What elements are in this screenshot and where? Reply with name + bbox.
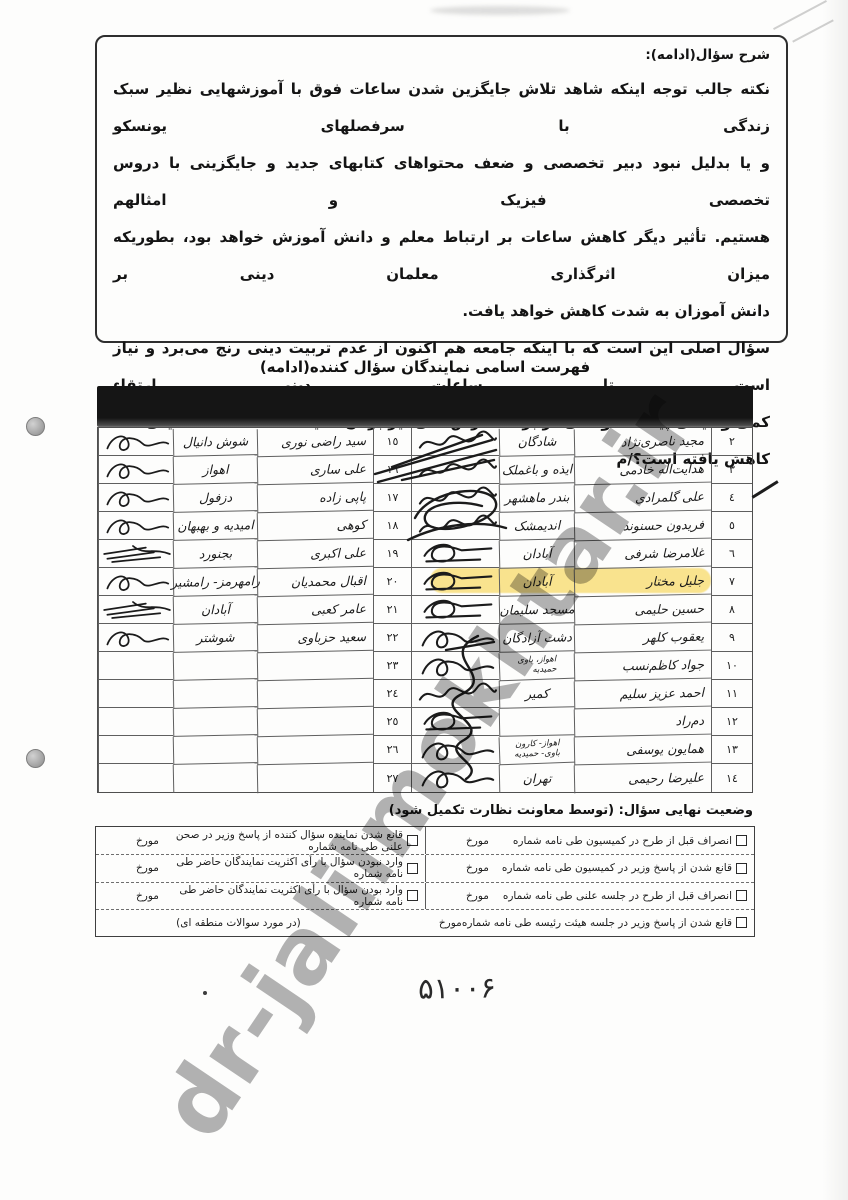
status-option-label: انصراف قبل از طرح در کمیسیون طی نامه شما… — [513, 835, 732, 847]
signature-cell-left — [98, 764, 173, 792]
signature-cell-right — [411, 708, 499, 736]
signature-cell-left — [98, 568, 173, 596]
row-number-right: ٢ — [711, 428, 752, 456]
mp-constituency-right: آبادان — [499, 567, 575, 597]
signature-scribble — [101, 457, 173, 483]
regional-questions-note: (در مورد سوالات منطقه ای) — [108, 917, 369, 929]
dated-label: مورخ — [466, 835, 489, 847]
signature-cell-left — [98, 484, 173, 512]
status-option-label: انصراف قبل از طرح در جلسه علنی طی نامه ش… — [503, 890, 732, 902]
status-option-cell: وارد نبودن سؤال با رأی اکثریت نمایندگان … — [96, 855, 425, 881]
question-line: هستیم. تأثیر دیگر کاهش ساعات بر ارتباط م… — [113, 219, 770, 293]
signature-cell-right — [411, 624, 499, 652]
mp-constituency-right: شادگان — [499, 427, 575, 457]
status-option-label: قانع شدن از پاسخ وزیر در کمیسیون طی نامه… — [502, 862, 732, 874]
status-option-label: قانع شدن از پاسخ وزیر در جلسه هیئت رئیسه… — [462, 917, 732, 929]
mp-name-left: علی ساری — [257, 455, 374, 485]
table-row: ١٤ علیرضا رحیمی تهران ٢٧ — [98, 764, 752, 792]
mp-constituency-right: تهران — [499, 763, 575, 793]
signature-cell-left — [98, 652, 173, 680]
mp-constituency-left: آبادان — [173, 595, 258, 625]
table-row: ٣ هدایت‌اله خادمی ایذه و باغملک ١٦ علی س… — [98, 456, 752, 484]
redacted-header-band — [97, 386, 753, 427]
status-checkbox[interactable] — [736, 863, 747, 874]
dated-label: مورخ — [136, 890, 159, 902]
table-row: ١٣ همایون یوسفی اهواز- کارون باوی- حمیدی… — [98, 736, 752, 764]
table-row: ٢ مجید ناصری‌نژاد شادگان ١٥ سید راضی نور… — [98, 428, 752, 456]
mp-name-left: کوهی — [257, 511, 374, 541]
mp-constituency-right: اهواز- کارون باوی- حمیدیه — [499, 735, 575, 766]
table-row: ١٠ جواد کاظم‌نسب اهواز، باوی حمیدیه ٢٣ — [98, 652, 752, 680]
status-row: انصراف قبل از طرح در جلسه علنی طی نامه ش… — [96, 882, 754, 909]
signature-scribble — [101, 485, 173, 511]
status-checkbox[interactable] — [736, 890, 747, 901]
row-number-left: ٢٠ — [373, 568, 411, 596]
row-number-right: ٧ — [711, 568, 752, 596]
signature-cell-right — [411, 764, 499, 792]
signature-scribble — [415, 597, 499, 623]
signature-cell-right — [411, 456, 499, 484]
row-number-right: ١١ — [711, 680, 752, 708]
dated-label: مورخ — [466, 890, 489, 902]
signature-scribble — [415, 765, 499, 791]
row-number-right: ٨ — [711, 596, 752, 624]
signature-cell-right — [411, 736, 499, 764]
table-row: ١٢ دم‌راد ٢٥ — [98, 708, 752, 736]
mp-name-right: فریدون حسنوند — [574, 511, 712, 542]
signature-cell-right — [411, 512, 499, 540]
mp-name-left — [257, 763, 374, 793]
signature-scribble — [101, 429, 173, 455]
mp-name-right: مجید ناصری‌نژاد — [574, 427, 712, 458]
table-row: ٨ حسین حلیمی مسجد سلیمان ٢١ عامر کعبی آب… — [98, 596, 752, 624]
status-checkbox[interactable] — [407, 835, 418, 846]
mp-name-right: احمد عزیز سلیم — [574, 679, 712, 710]
mp-constituency-right: اندیمشک — [499, 511, 575, 541]
mp-constituency-right: دشت آزادگان — [499, 623, 575, 653]
signature-scribble — [415, 485, 499, 511]
row-number-left: ١٨ — [373, 512, 411, 540]
signature-cell-left — [98, 512, 173, 540]
table-row: ٤ علی گلمرادی بندر ماهشهر ١٧ پاپی زاده د… — [98, 484, 752, 512]
mp-constituency-left — [173, 651, 258, 681]
signature-cell-right — [411, 484, 499, 512]
status-checkbox[interactable] — [736, 917, 747, 928]
signature-cell-left — [98, 736, 173, 764]
question-description-box: شرح سؤال(ادامه): نکته جالب توجه اینکه شا… — [95, 35, 788, 343]
mp-name-left: علی اکبری — [257, 539, 374, 569]
mp-name-left — [257, 651, 374, 681]
status-option-label: وارد بودن سؤال با رأی اکثریت نمایندگان ح… — [159, 884, 403, 908]
row-number-left: ١٧ — [373, 484, 411, 512]
final-status-table: انصراف قبل از طرح در کمیسیون طی نامه شما… — [95, 826, 755, 937]
status-option-cell: قانع شدن از پاسخ وزیر در کمیسیون طی نامه… — [425, 855, 754, 881]
scan-smudge — [430, 6, 570, 15]
signature-scribble — [415, 681, 499, 707]
signature-scribble — [101, 513, 173, 539]
signature-scribble — [101, 541, 173, 567]
row-number-left: ٢١ — [373, 596, 411, 624]
signature-cell-left — [98, 708, 173, 736]
mp-constituency-right: اهواز، باوی حمیدیه — [499, 651, 575, 682]
table-row: ٧ جلیل مختار آبادان ٢٠ اقبال محمدیان رام… — [98, 568, 752, 596]
mp-constituency-right: بندر ماهشهر — [499, 483, 575, 513]
row-number-left: ١٦ — [373, 456, 411, 484]
mp-constituency-left: دزفول — [173, 483, 258, 513]
mp-name-right: علی گلمرادی — [574, 483, 712, 514]
row-number-left: ٢٣ — [373, 652, 411, 680]
signature-cell-right — [411, 428, 499, 456]
document-number: ۵۱۰۰۶ — [382, 970, 533, 1007]
status-row: انصراف قبل از طرح در کمیسیون طی نامه شما… — [96, 827, 754, 854]
mp-name-right: علیرضا رحیمی — [574, 763, 712, 794]
mp-name-left: سید راضی نوری — [257, 427, 374, 457]
status-option-cell: انصراف قبل از طرح در جلسه علنی طی نامه ش… — [425, 883, 754, 909]
signature-scribble — [415, 541, 499, 567]
dated-label: مورخ — [136, 835, 159, 847]
mp-name-left: اقبال محمدیان — [257, 567, 374, 597]
signature-cell-left — [98, 456, 173, 484]
row-number-left: ٢٧ — [373, 764, 411, 792]
signature-cell-right — [411, 568, 499, 596]
mp-constituency-left: شوش دانیال — [173, 427, 258, 457]
mp-name-right: غلامرضا شرفی — [574, 539, 712, 570]
signatories-table: ٢ مجید ناصری‌نژاد شادگان ١٥ سید راضی نور… — [97, 427, 753, 793]
status-option-cell: انصراف قبل از طرح در کمیسیون طی نامه شما… — [425, 827, 754, 854]
signature-scribble — [415, 709, 499, 735]
row-number-left: ٢٢ — [373, 624, 411, 652]
row-number-left: ٢٥ — [373, 708, 411, 736]
signature-scribble — [415, 513, 499, 539]
mp-constituency-left — [173, 679, 258, 709]
signature-cell-left — [98, 428, 173, 456]
signature-cell-left — [98, 680, 173, 708]
signature-cell-right — [411, 596, 499, 624]
mp-constituency-left: امیدیه و بهبهان — [173, 511, 258, 541]
mp-constituency-left: اهواز — [173, 455, 258, 485]
row-number-right: ٣ — [711, 456, 752, 484]
status-option-label: قانع شدن نماینده سؤال کننده از پاسخ وزیر… — [159, 829, 403, 853]
mp-name-left — [257, 707, 374, 737]
mp-name-right: جواد کاظم‌نسب — [574, 651, 712, 682]
mp-name-left: سعید حزباوی — [257, 623, 374, 653]
mp-constituency-right: ایذه و باغملک — [499, 455, 575, 485]
row-number-right: ١٠ — [711, 652, 752, 680]
punch-hole — [26, 749, 45, 768]
status-checkbox[interactable] — [407, 863, 418, 874]
mp-name-right: دم‌راد — [574, 707, 712, 738]
signature-cell-left — [98, 596, 173, 624]
mp-name-left — [257, 679, 374, 709]
row-number-right: ١٤ — [711, 764, 752, 792]
mp-constituency-right — [499, 707, 575, 737]
table-row: ٥ فریدون حسنوند اندیمشک ١٨ کوهی امیدیه و… — [98, 512, 752, 540]
status-option-cell: قانع شدن از پاسخ وزیر در جلسه هیئت رئیسه… — [96, 910, 754, 936]
signature-scribble — [415, 569, 499, 595]
row-number-right: ٦ — [711, 540, 752, 568]
mp-name-right: هدایت‌اله خادمی — [574, 455, 712, 486]
final-status-title: وضعیت نهایی سؤال: (توسط معاونت نظارت تکم… — [97, 803, 753, 818]
table-row: ٦ غلامرضا شرفی آبادان ١٩ علی اکبری بجنور… — [98, 540, 752, 568]
mp-constituency-left: شوشتر — [173, 623, 258, 653]
mp-constituency-left — [173, 735, 258, 765]
status-checkbox[interactable] — [407, 890, 418, 901]
status-option-cell: قانع شدن نماینده سؤال کننده از پاسخ وزیر… — [96, 827, 425, 854]
mp-constituency-left: رامهرمز- رامشیر — [173, 567, 258, 597]
row-number-left: ١٥ — [373, 428, 411, 456]
signature-scribble — [101, 625, 173, 651]
mp-constituency-left — [173, 707, 258, 737]
question-line: و یا بدلیل نبود دبیر تخصصی و ضعف محتواها… — [113, 145, 770, 219]
mp-name-right: همایون یوسفی — [574, 735, 712, 766]
signature-scribble — [415, 625, 499, 651]
mp-constituency-right: مسجد سلیمان — [499, 595, 575, 625]
mp-constituency-right: آبادان — [499, 539, 575, 569]
status-option-label: وارد نبودن سؤال با رأی اکثریت نمایندگان … — [159, 856, 403, 880]
scanned-question-form: شرح سؤال(ادامه): نکته جالب توجه اینکه شا… — [0, 0, 848, 1200]
table-row: ٩ یعقوب کلهر دشت آزادگان ٢٢ سعید حزباوی … — [98, 624, 752, 652]
signature-scribble — [415, 737, 499, 763]
signature-cell-right — [411, 680, 499, 708]
signature-cell-right — [411, 652, 499, 680]
status-row: قانع شدن از پاسخ وزیر در جلسه هیئت رئیسه… — [96, 909, 754, 936]
row-number-right: ٤ — [711, 484, 752, 512]
scan-edge-shadow — [822, 0, 848, 1200]
signatories-table-title: فهرست اسامی نمایندگان سؤال کننده(ادامه) — [97, 358, 753, 376]
question-description-header: شرح سؤال(ادامه): — [113, 47, 770, 63]
row-number-left: ١٩ — [373, 540, 411, 568]
signature-scribble — [101, 569, 173, 595]
status-row: قانع شدن از پاسخ وزیر در کمیسیون طی نامه… — [96, 854, 754, 881]
mp-name-right: جلیل مختار — [574, 567, 712, 598]
mp-name-left: عامر کعبی — [257, 595, 374, 625]
mp-name-right: حسین حلیمی — [574, 595, 712, 626]
signature-scribble — [101, 597, 173, 623]
punch-hole — [26, 417, 45, 436]
row-number-left: ٢٦ — [373, 736, 411, 764]
signature-cell-right — [411, 540, 499, 568]
signature-cell-left — [98, 540, 173, 568]
row-number-right: ٩ — [711, 624, 752, 652]
question-line: نکته جالب توجه اینکه شاهد تلاش جایگزین ش… — [113, 71, 770, 145]
row-number-right: ١٣ — [711, 736, 752, 764]
row-number-right: ٥ — [711, 512, 752, 540]
mp-name-right: یعقوب کلهر — [574, 623, 712, 654]
dated-label: مورخ — [136, 862, 159, 874]
mp-name-left: پاپی زاده — [257, 483, 374, 513]
signature-scribble — [415, 429, 499, 455]
row-number-right: ١٢ — [711, 708, 752, 736]
signature-scribble — [415, 653, 499, 679]
dated-label: مورخ — [439, 917, 462, 929]
dated-label: مورخ — [466, 862, 489, 874]
mp-constituency-left — [173, 763, 258, 793]
signature-scribble — [415, 457, 499, 483]
question-line: دانش آموزان به شدت کاهش خواهد یافت. — [113, 293, 770, 330]
status-option-cell: وارد بودن سؤال با رأی اکثریت نمایندگان ح… — [96, 883, 425, 909]
mp-name-left — [257, 735, 374, 765]
ink-dot — [203, 991, 207, 995]
row-number-left: ٢٤ — [373, 680, 411, 708]
mp-constituency-left: بجنورد — [173, 539, 258, 569]
status-checkbox[interactable] — [736, 835, 747, 846]
table-row: ١١ احمد عزیز سلیم کمیر ٢٤ — [98, 680, 752, 708]
pen-stray-mark — [752, 480, 779, 498]
signature-cell-left — [98, 624, 173, 652]
mp-constituency-right: کمیر — [499, 679, 575, 709]
